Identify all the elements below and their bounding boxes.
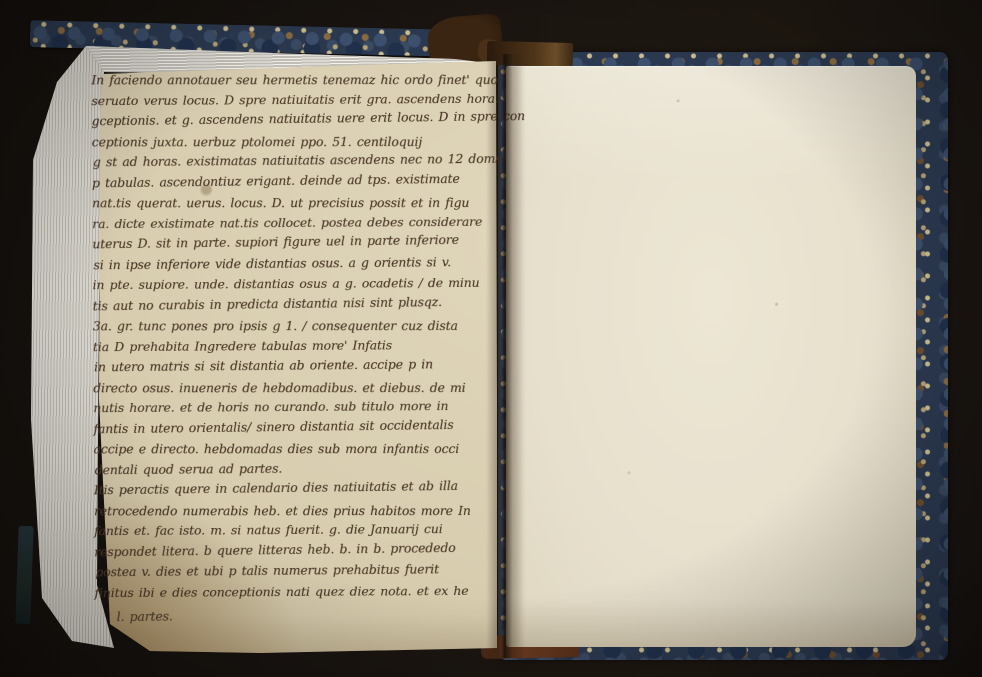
manuscript-line: gceptionis. et g. ascendens natiuitatis …	[91, 106, 493, 131]
manuscript-line: postea v. dies et ubi p talis numerus pr…	[95, 559, 497, 583]
manuscript-line: l. partes.	[94, 602, 496, 627]
manuscript-line: directo osus. inueneris de hebdomadibus.…	[93, 377, 495, 398]
manuscript-line: fantis in utero orientalis/ sinero dista…	[93, 414, 495, 439]
manuscript-line: 3a. gr. tunc pones pro ipsis g 1. / cons…	[93, 316, 495, 337]
right-blank-page	[506, 66, 916, 647]
manuscript-line: finitus ibi e dies conceptionis nati que…	[94, 580, 496, 603]
spine-edge-sliver	[15, 526, 33, 624]
book-gutter-shadow	[486, 54, 526, 658]
manuscript-line: in utero matris si sit distantia ab orie…	[94, 354, 496, 378]
manuscript-line: nat.tis querat. uerus. locus. D. ut prec…	[92, 193, 494, 214]
manuscript-line: Itis peractis quere in calendario dies n…	[94, 475, 496, 500]
manuscript-photo: In faciendo annotauer seu hermetis tenem…	[0, 0, 982, 677]
manuscript-line: p tabulas. ascendontiuz erigant. deinde …	[92, 168, 494, 193]
manuscript-line: uterus D. sit in parte. supiori figure u…	[92, 229, 494, 254]
manuscript-line: retrocedendo numerabis heb. et dies priu…	[94, 500, 496, 521]
manuscript-text-block: In faciendo annotauer seu hermetis tenem…	[91, 68, 497, 645]
manuscript-line: si in ipse inferiore vide distantias osu…	[93, 251, 495, 275]
manuscript-line: tis aut no curabis in predicta distantia…	[93, 291, 495, 316]
manuscript-line: In faciendo annotauer seu hermetis tenem…	[91, 70, 493, 91]
